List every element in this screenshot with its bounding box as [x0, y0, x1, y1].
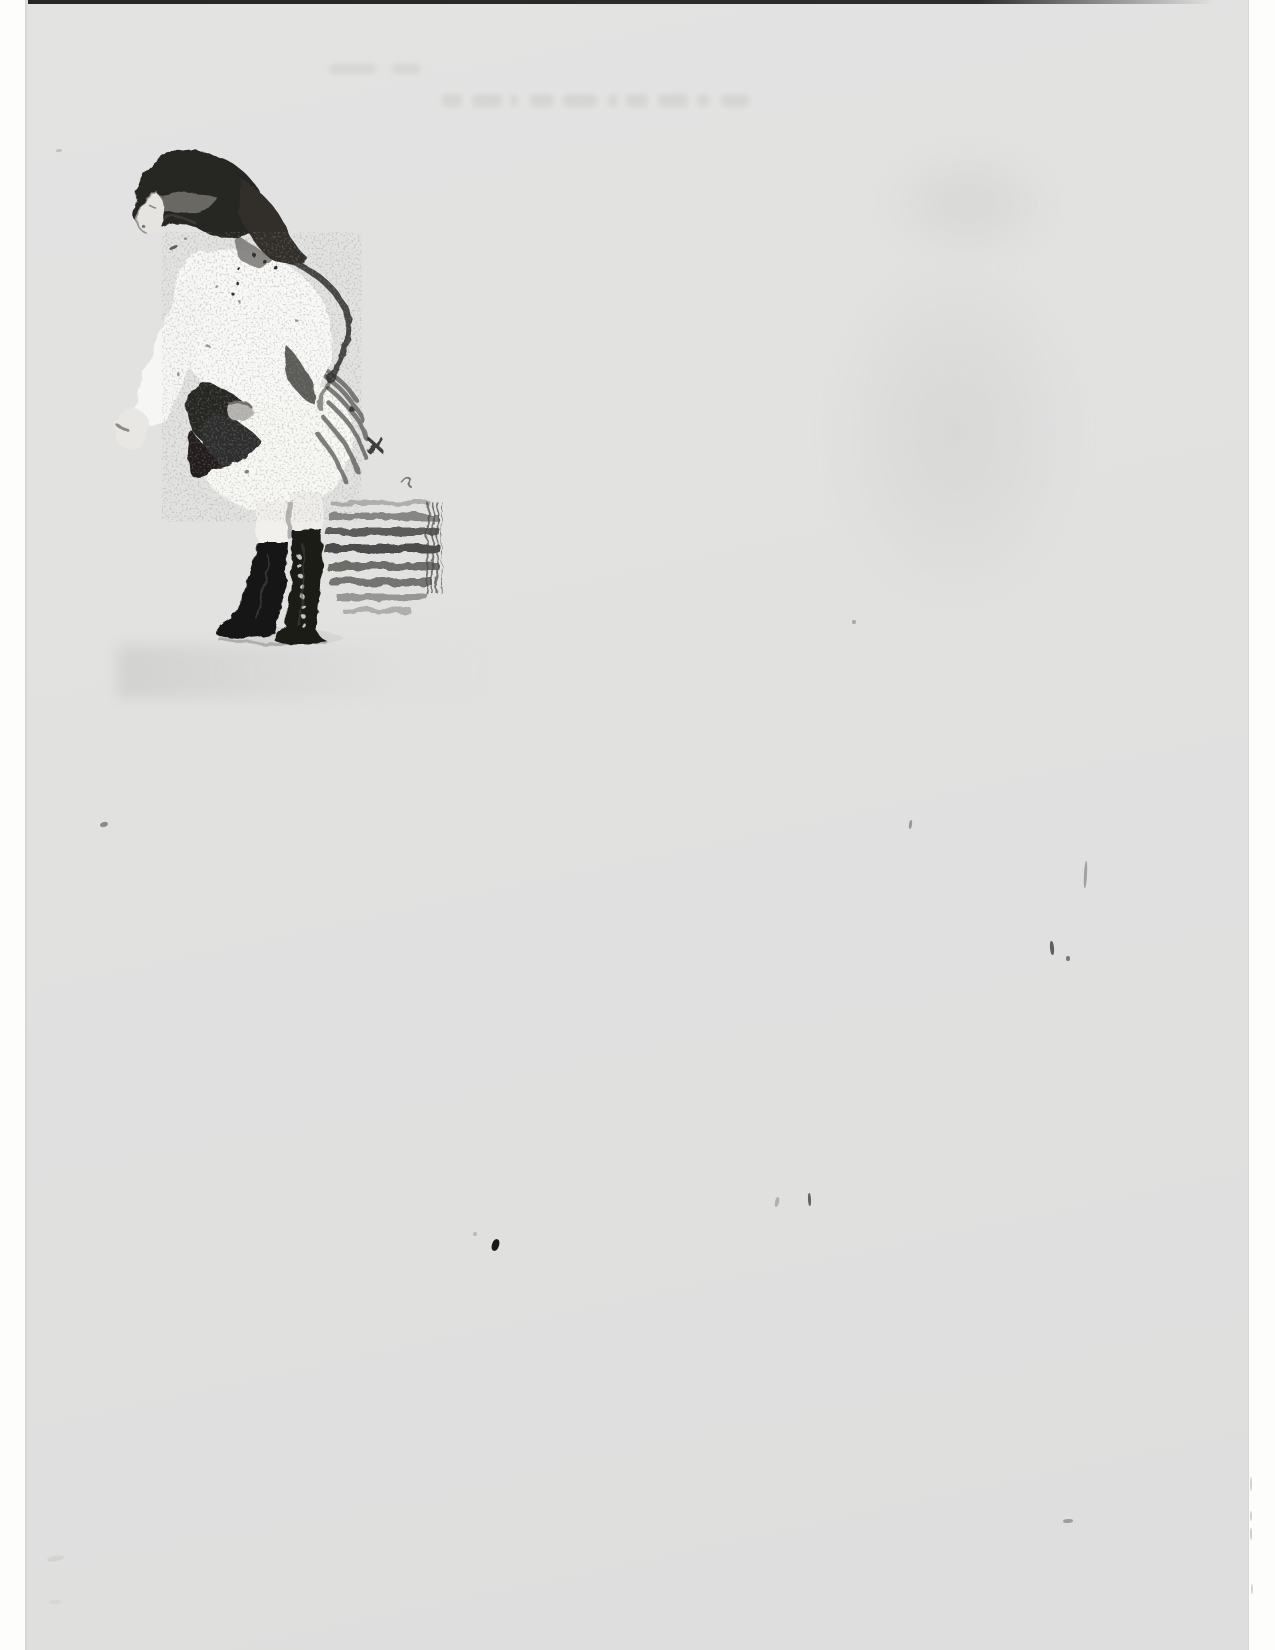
- page-left-edge-line: [25, 0, 27, 1650]
- scan-top-edge-shadow: [28, 0, 1215, 4]
- ghost-text-blob: [658, 94, 688, 107]
- ghost-text-blob: [472, 94, 502, 107]
- ghost-text-blob: [626, 94, 648, 107]
- ghost-text-blob: [392, 64, 420, 74]
- ghost-text-blob: [608, 94, 618, 107]
- dust-speck: [852, 620, 856, 624]
- ghost-text-row: [442, 94, 749, 113]
- scanned-book-page: { "page": { "kind": "scanned book plate …: [0, 0, 1275, 1650]
- dust-speck: [1250, 1528, 1252, 1540]
- ghost-text-blob: [721, 94, 749, 107]
- dust-speck: [1066, 956, 1070, 961]
- girl-illustration: [90, 110, 470, 670]
- ghost-text-blob: [697, 94, 709, 107]
- chin-mark: [142, 225, 145, 228]
- dust-speck: [1250, 1477, 1252, 1491]
- ghost-text-blob: [442, 94, 462, 107]
- ghost-text-blob: [563, 94, 597, 107]
- ghost-figure-bleedthrough: [778, 140, 1118, 670]
- girl-hand: [114, 408, 149, 449]
- ghost-text-row: [330, 64, 420, 83]
- ghost-text-blob: [510, 94, 518, 107]
- girl-boot-left: [216, 542, 288, 639]
- dust-speck: [473, 1232, 477, 1236]
- ghost-text-blob: [530, 94, 554, 107]
- engraving-speckle-texture: [162, 232, 362, 522]
- dust-speck: [1250, 1511, 1252, 1521]
- dust-speck: [1251, 1584, 1253, 1594]
- ghost-text-blob: [330, 64, 376, 74]
